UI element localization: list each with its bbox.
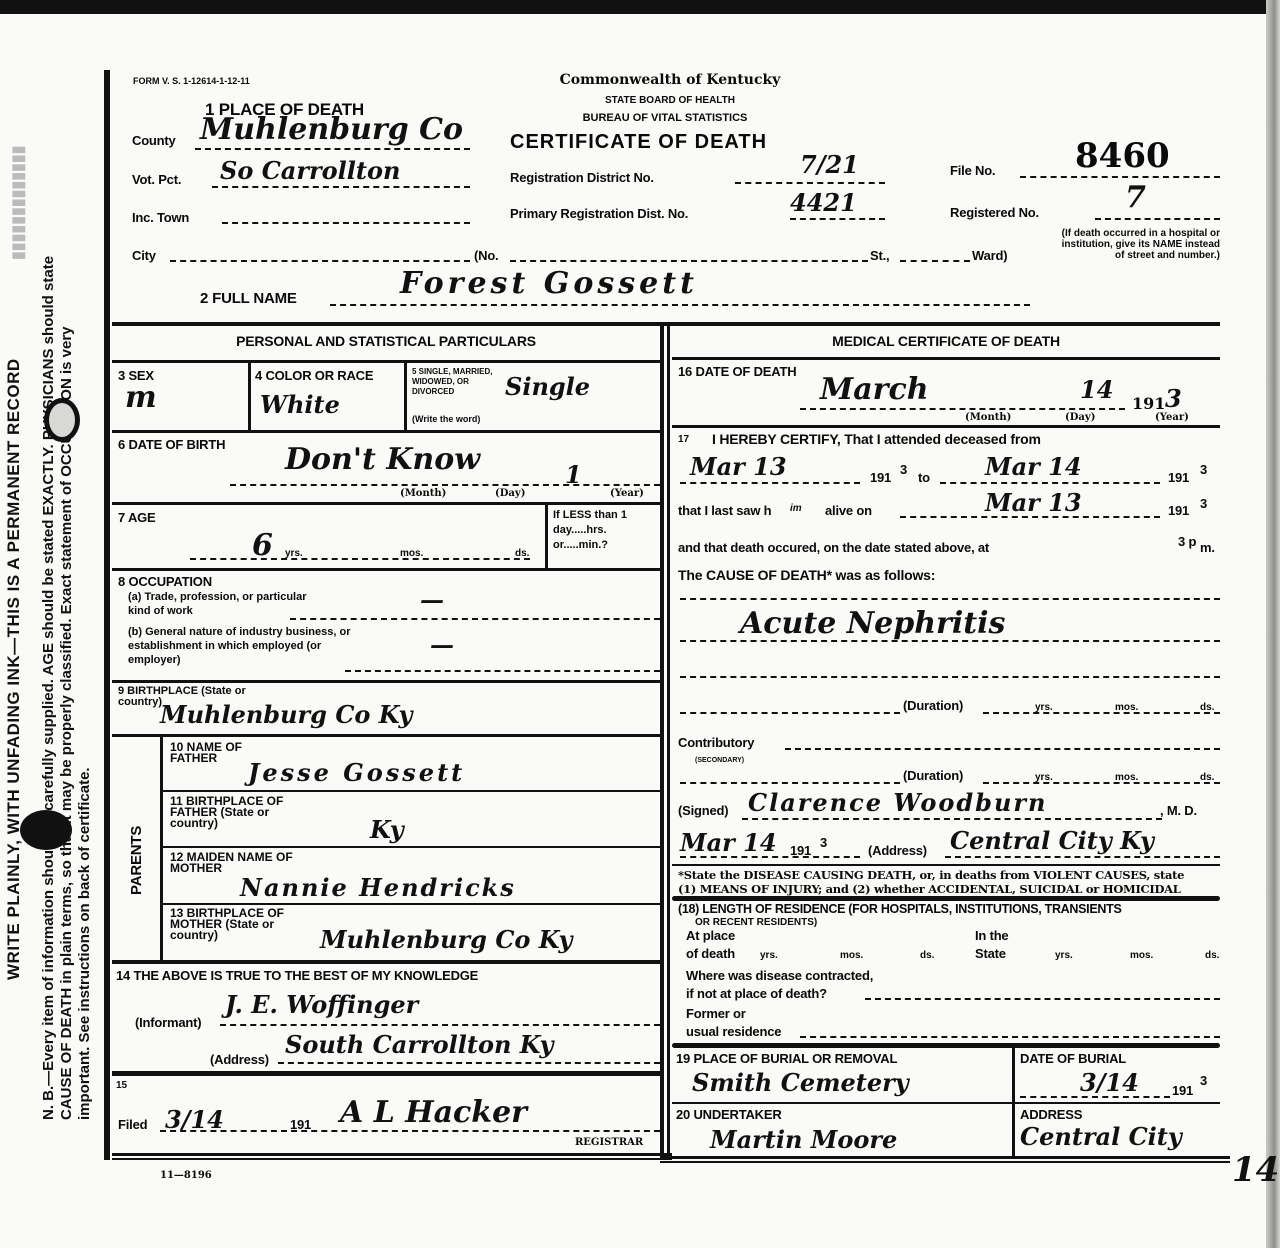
certificate-title: CERTIFICATE OF DEATH [510,131,767,154]
certify-number: 17 [678,434,689,445]
vot-pct-value: So Carrollton [220,156,400,185]
date-of-death-label: 16 DATE OF DEATH [678,364,796,379]
filed-number: 15 [116,1080,127,1091]
mos-caption: mos. [400,548,423,559]
undertaker-address-value: Central City [1020,1122,1182,1151]
state-ds: ds. [1205,950,1219,961]
rule [672,1102,1220,1104]
full-name-value: Forest Gossett [400,266,698,301]
margin-line-4: important. See instructions on back of c… [76,767,93,1120]
rule [672,425,1220,428]
signed-year-prefix: 191 [790,843,811,858]
street-label: St., [870,248,889,263]
registered-no-value: 7 [1125,180,1146,215]
undertaker-address-label: ADDRESS [1020,1107,1082,1122]
occupation-b-line [345,670,660,672]
contributory-mos: mos. [1115,772,1138,783]
rule [248,363,251,433]
age-label: 7 AGE [118,510,156,525]
duration-line [680,712,900,714]
registration-district-line [735,182,885,184]
where-contracted-label-1: Where was disease contracted, [686,968,873,983]
file-no-line [1020,176,1220,178]
rule [112,734,660,737]
sex-value: m [125,380,157,415]
marital-label: 5 SINGLE, MARRIED, WIDOWED, OR DIVORCED [412,367,512,397]
month-caption: (Month) [400,488,446,499]
state-mos: mos. [1130,950,1153,961]
rule [660,1156,1230,1159]
race-value: White [260,390,340,419]
personal-section-title: PERSONAL AND STATISTICAL PARTICULARS [112,333,660,349]
informant-section-label: 14 THE ABOVE IS TRUE TO THE BEST OF MY K… [116,968,478,983]
secondary-caption: (SECONDARY) [695,755,744,766]
residence-label: (18) LENGTH OF RESIDENCE (FOR HOSPITALS,… [678,902,1121,916]
alive-on-label: alive on [825,503,872,518]
physician-address-line [945,856,1220,858]
county-label: County [132,133,176,148]
cause-line-1 [680,598,1220,600]
undertaker-value: Martin Moore [710,1125,897,1154]
cause-line-2 [680,640,1220,642]
less-than-day-label: If LESS than 1 day.....hrs. or.....min.? [553,508,658,553]
death-time-m: m. [1200,540,1215,555]
rule [112,960,660,964]
rule [672,1043,1220,1048]
attended-to-year-prefix: 191 [1168,470,1189,485]
informant-line [220,1024,660,1026]
death-year-digit: 3 [1165,384,1182,413]
occupation-a-line [290,618,660,620]
burial-date-line [1020,1096,1170,1098]
vot-pct-label: Vot. Pct. [132,172,181,187]
rule [404,363,407,433]
left-margin-instructions: ▮▮▮▮▮▮▮▮▮▮▮▮▮ WRITE PLAINLY, WITH UNFADI… [0,0,100,1248]
father-birthplace-label: 11 BIRTHPLACE OF FATHER (State or countr… [170,796,320,829]
informant-value: J. E. Woffinger [225,990,418,1019]
bleed-through-text: ▮▮▮▮▮▮▮▮▮▮▮▮▮ [8,146,28,260]
scanned-certificate: ▮▮▮▮▮▮▮▮▮▮▮▮▮ WRITE PLAINLY, WITH UNFADI… [0,0,1280,1248]
marital-value: Single [505,372,590,401]
registrar-label: REGISTRAR [575,1137,643,1148]
marital-hint: (Write the word) [412,414,480,425]
contributory-line [785,748,1220,750]
contributory-yrs: yrs. [1035,772,1053,783]
informant-address-label: (Address) [210,1052,269,1067]
contributory-label: Contributory [678,735,754,750]
at-place-mos: mos. [840,950,863,961]
primary-registration-line [790,218,885,220]
attended-from: Mar 13 [690,452,787,481]
hospital-note: (If death occurred in a hospital or inst… [1055,228,1220,261]
death-time: 3 p [1178,534,1196,549]
ink-blot [20,810,72,850]
md-label: , M. D. [1160,803,1197,818]
rule [163,846,660,848]
last-saw-year: 3 [1200,496,1207,511]
duration-yrs: yrs. [1035,702,1053,713]
burial-date-label: DATE OF BURIAL [1020,1051,1126,1066]
bureau-heading: BUREAU OF VITAL STATISTICS [510,113,820,124]
signed-year-digit: 3 [820,835,827,850]
father-name-value: Jesse Gossett [248,758,465,787]
dob-line [230,484,660,486]
signed-date: Mar 14 [680,828,777,857]
day-caption: (Day) [495,488,525,499]
death-month-caption: (Month) [965,412,1011,423]
duration-values-line [983,712,1220,714]
in-the-label: In the [975,928,1008,943]
contributory-duration-label: (Duration) [903,768,963,783]
attended-from-year-prefix: 191 [870,470,891,485]
county-line [195,148,470,150]
full-name-label: 2 FULL NAME [200,290,297,307]
rule [112,1153,672,1156]
city-label: City [132,248,156,263]
registrar-signature: A L Hacker [340,1095,527,1130]
where-contracted-line [865,998,1220,1000]
signed-date-line [680,856,860,858]
rule [112,502,660,505]
rule [112,568,660,571]
rule [163,903,660,905]
former-residence-label-2: usual residence [686,1024,781,1039]
margin-line-2: N. B.—Every item of information should b… [40,256,57,1120]
form-number: FORM V. S. 1-12614-1-12-11 [133,76,250,87]
death-month: March [820,372,929,407]
footnote-line-1: *State the DISEASE CAUSING DEATH, or, in… [678,868,1184,882]
signed-line [742,818,1162,820]
last-saw-text: that I last saw h [678,503,771,518]
file-no-value: 8460 [1075,136,1170,176]
death-year-prefix: 191 [1132,394,1165,413]
attended-from-line [680,482,860,484]
occupation-b-label: (b) General nature of industry business,… [128,625,368,667]
residence-label-2: OR RECENT RESIDENTS) [695,917,817,928]
print-code: 11—8196 [160,1170,212,1181]
form-left-border [104,70,110,1160]
burial-year-prefix: 191 [1172,1083,1193,1098]
rule [112,680,660,683]
rule [112,1158,672,1160]
street-line [510,260,868,262]
death-day: 14 [1080,375,1113,404]
rule [112,360,660,363]
rule [160,737,163,962]
city-line [170,260,470,262]
burial-year-digit: 3 [1200,1073,1207,1088]
burial-place-value: Smith Cemetery [692,1068,909,1097]
file-no-label: File No. [950,163,995,178]
primary-registration-value: 4421 [790,188,857,217]
last-saw-pronoun: im [790,503,802,514]
physician-address-label: (Address) [868,843,927,858]
at-place-yrs: yrs. [760,950,778,961]
birthplace-value: Muhlenburg Co Ky [160,700,413,729]
where-contracted-label-2: if not at place of death? [686,986,827,1001]
age-line [190,558,530,560]
medical-section-title: MEDICAL CERTIFICATE OF DEATH [672,333,1220,349]
occupation-a-value: — [420,585,444,614]
footnote-line-2: (1) MEANS OF INJURY; and (2) whether ACC… [678,882,1181,896]
state-yrs: yrs. [1055,950,1073,961]
contributory-duration-values-line [983,782,1220,784]
state-label: State [975,946,1006,961]
dob-label: 6 DATE OF BIRTH [118,437,225,452]
registered-no-line [1095,218,1220,220]
scan-right-edge [1266,0,1280,1248]
last-saw-date: Mar 13 [985,488,1082,517]
physician-signature: Clarence Woodburn [748,788,1048,817]
parents-label: PARENTS [128,826,145,895]
rule [672,896,1220,901]
rule [672,357,1220,360]
registered-no-label: Registered No. [950,205,1039,220]
attended-to-year: 3 [1200,462,1207,477]
duration-ds: ds. [1200,702,1214,713]
occupation-b-value: — [430,630,454,659]
former-residence-line [800,1036,1220,1038]
undertaker-label: 20 UNDERTAKER [676,1107,782,1122]
burial-place-label: 19 PLACE OF BURIAL OR REMOVAL [676,1051,897,1066]
ward-label: Ward) [972,248,1007,263]
mother-birthplace-label: 13 BIRTHPLACE OF MOTHER (State or countr… [170,908,320,941]
rule [545,505,548,570]
dob-year: 1 [565,460,582,489]
mother-birthplace-value: Muhlenburg Co Ky [320,925,573,954]
filed-line [160,1130,660,1132]
physician-address-value: Central City Ky [950,826,1154,855]
filed-label: Filed [118,1117,147,1132]
year-caption: (Year) [610,488,644,499]
death-date-line [800,408,1125,410]
rule [112,430,660,433]
occupation-a-label: (a) Trade, profession, or particular kin… [128,590,328,618]
informant-address-value: South Carrollton Ky [285,1030,554,1059]
certify-text: I HEREBY CERTIFY, That I attended deceas… [712,431,1041,447]
registration-district-label: Registration District No. [510,170,654,185]
at-place-label: At place [686,928,735,943]
ward-line [900,260,970,262]
yrs-caption: yrs. [285,548,303,559]
informant-label: (Informant) [135,1015,201,1030]
ds-caption: ds. [515,548,529,559]
column-divider-inner [667,326,670,1160]
rule [660,1161,1230,1163]
dob-value: Don't Know [285,442,480,477]
burial-date-value: 3/14 [1080,1068,1139,1097]
commonwealth-heading: Commonwealth of Kentucky [520,72,820,88]
rule [112,1071,660,1076]
county-value: Muhlenburg Co [200,112,463,147]
mother-name-label: 12 MAIDEN NAME OF MOTHER [170,852,320,874]
scan-top-border [0,0,1280,14]
rule [672,864,1220,866]
death-year-caption: (Year) [1155,412,1189,423]
informant-address-line [278,1062,660,1064]
at-place-ds: ds. [920,950,934,961]
death-occurred-text: and that death occured, on the date stat… [678,540,989,555]
former-residence-label-1: Former or [686,1006,746,1021]
margin-line-3: CAUSE OF DEATH in plain terms, so that i… [58,326,75,1120]
registration-district-value: 7/21 [800,150,859,179]
last-saw-line [900,516,1160,518]
primary-registration-label: Primary Registration Dist. No. [510,206,688,221]
duration-label: (Duration) [903,698,963,713]
main-top-rule [112,322,1220,326]
last-saw-year-prefix: 191 [1168,503,1189,518]
punch-hole [44,398,80,442]
contributory-duration-line [680,782,900,784]
occupation-label: 8 OCCUPATION [118,574,212,589]
cause-of-death-value: Acute Nephritis [740,606,1005,641]
column-divider [660,322,664,1160]
father-birthplace-value: Ky [370,815,404,844]
vot-pct-line [212,186,470,188]
attended-to: Mar 14 [985,452,1082,481]
inc-town-label: Inc. Town [132,210,189,225]
of-death-label: of death [686,946,735,961]
margin-mark: 14. [1232,1150,1280,1190]
duration-mos: mos. [1115,702,1138,713]
to-label: to [918,470,930,485]
attended-from-year: 3 [900,462,907,477]
cause-line-3 [680,676,1220,678]
rule [163,790,660,792]
signed-label: (Signed) [678,803,728,818]
margin-line-1: WRITE PLAINLY, WITH UNFADING INK—THIS IS… [4,358,24,980]
inc-town-line [222,222,470,224]
street-no-label: (No. [474,248,498,263]
attended-to-line [940,482,1160,484]
mother-name-value: Nannie Hendricks [240,873,516,902]
board-heading: STATE BOARD OF HEALTH [520,95,820,106]
race-label: 4 COLOR OR RACE [255,368,373,383]
death-day-caption: (Day) [1065,412,1095,423]
full-name-line [330,304,1030,306]
contributory-ds: ds. [1200,772,1214,783]
cause-of-death-label: The CAUSE OF DEATH* was as follows: [678,567,935,583]
